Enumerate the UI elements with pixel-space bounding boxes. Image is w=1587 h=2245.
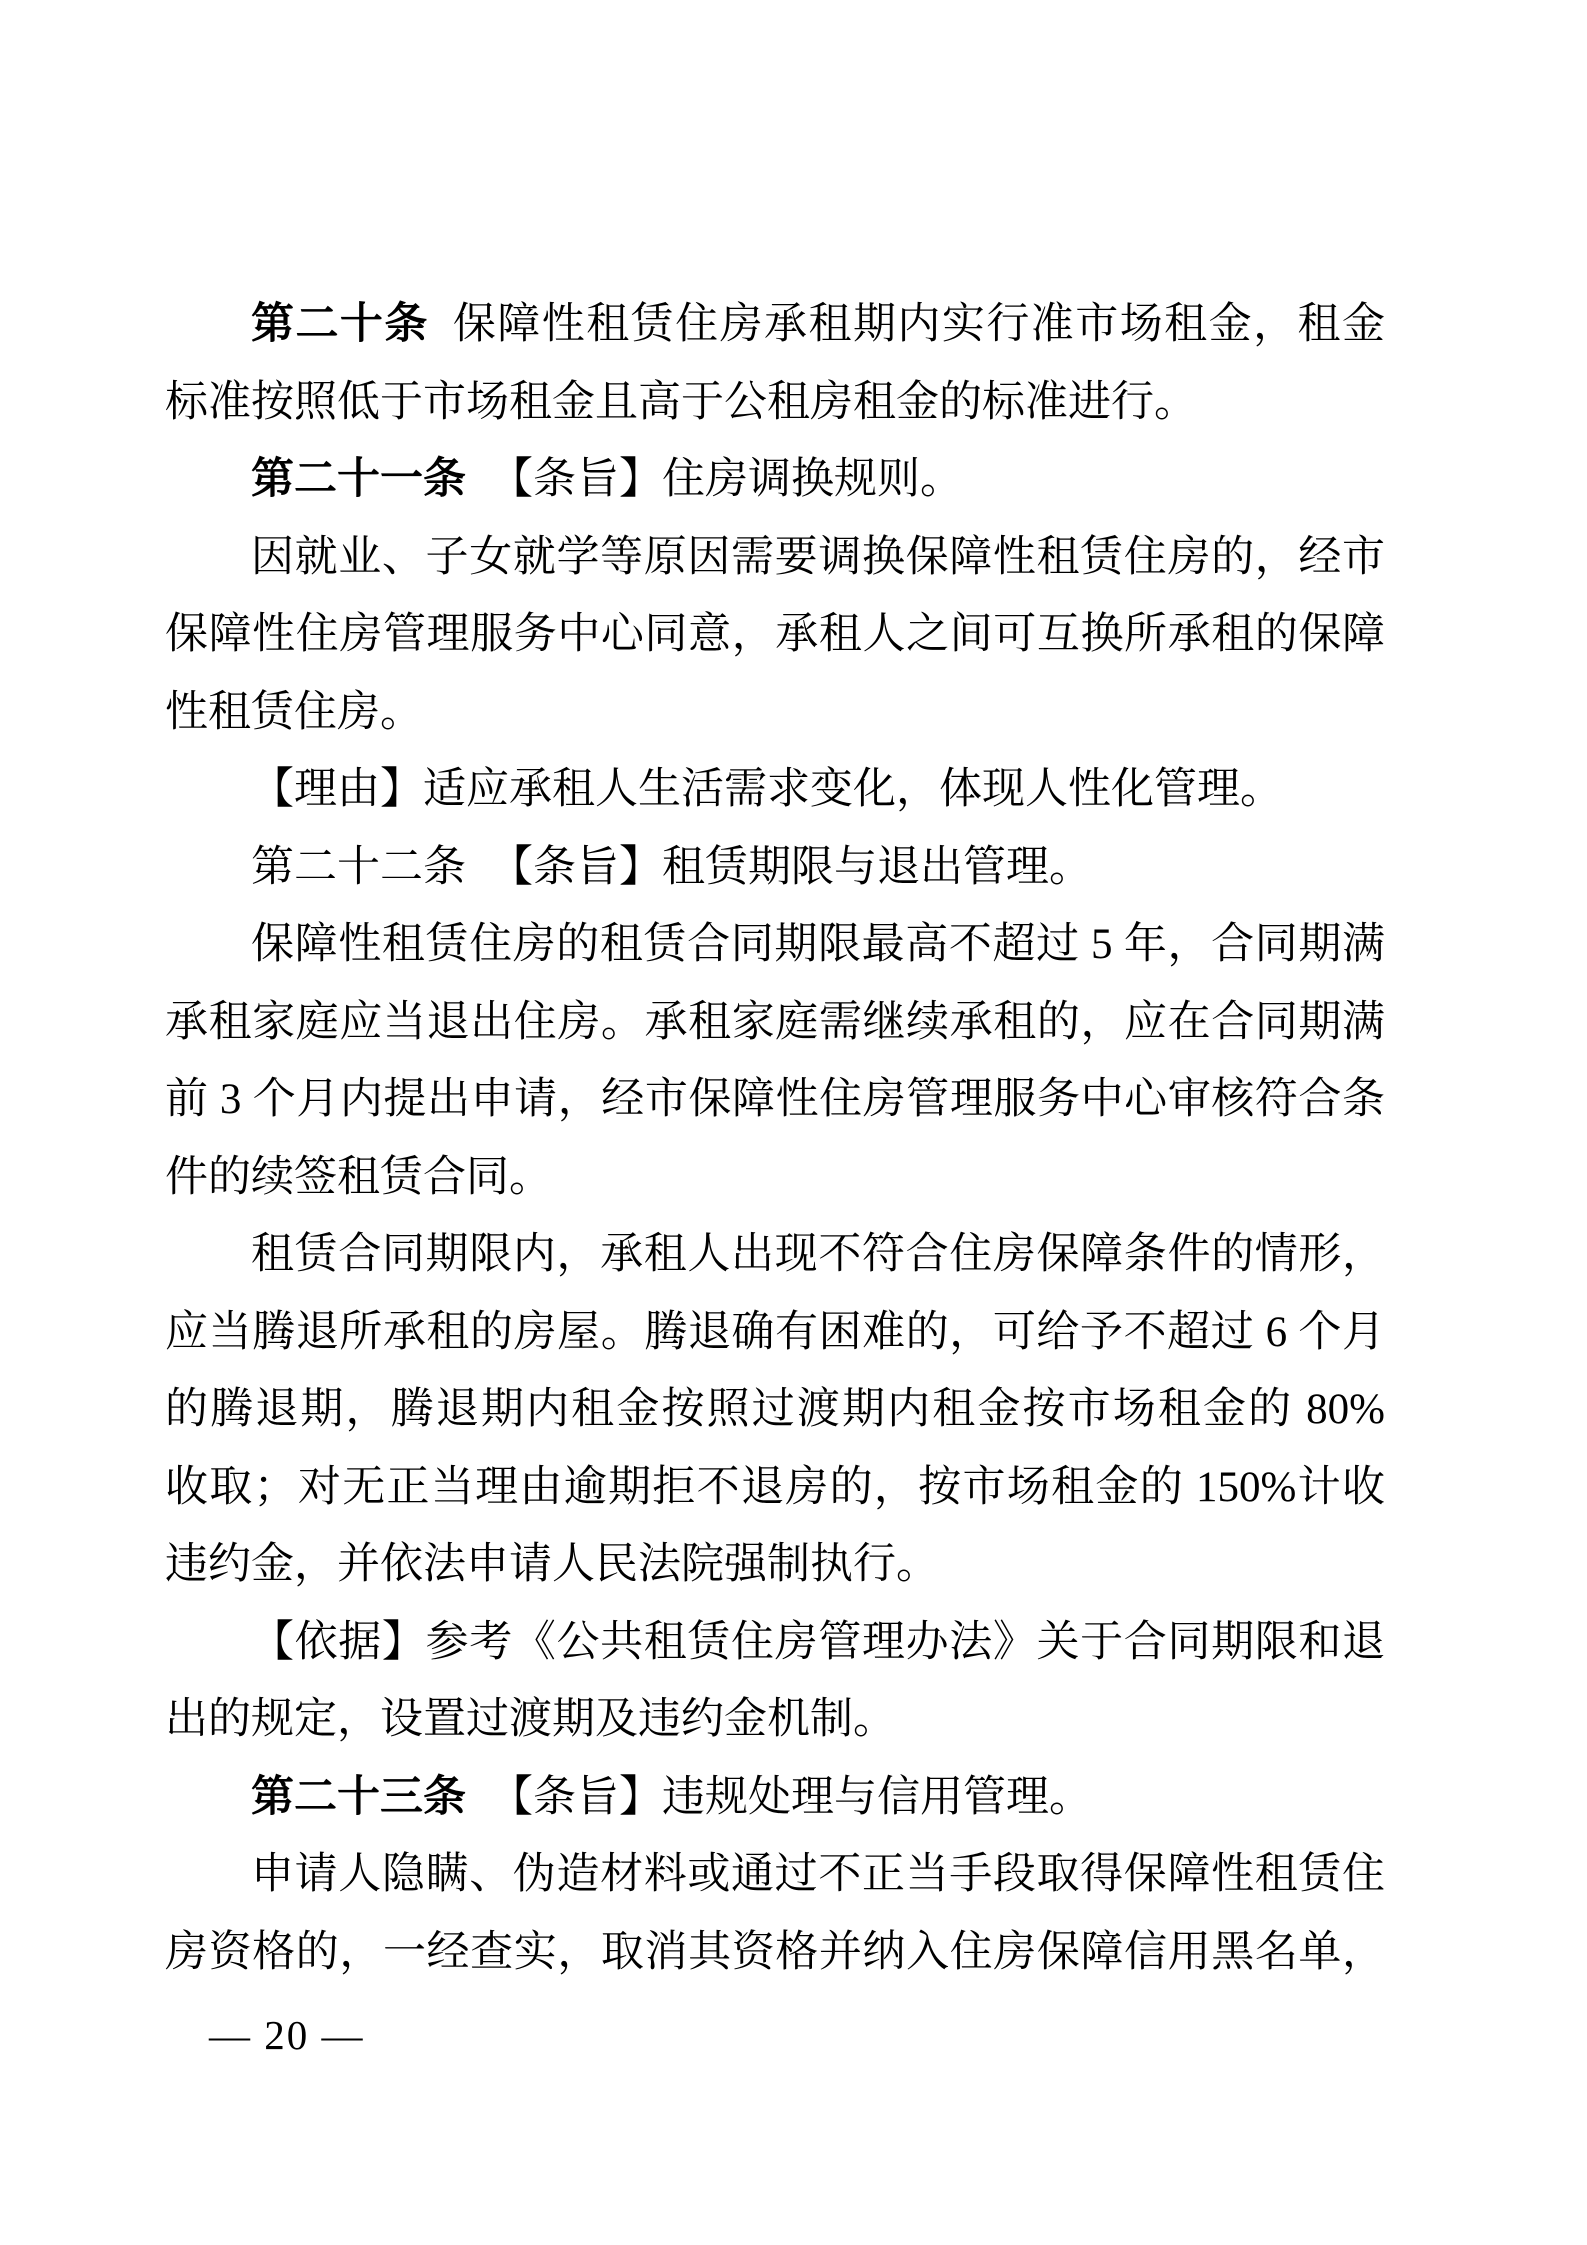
text-line: 承租家庭应当退出住房。承租家庭需继续承租的，应在合同期满: [165, 984, 1385, 1062]
text-line: 的腾退期，腾退期内租金按照过渡期内租金按市场租金的 80%: [165, 1371, 1385, 1449]
text-line: 【理由】适应承租人生活需求变化，体现人性化管理。: [165, 751, 1385, 829]
line-text: 租赁合同期限内，承租人出现不符合住房保障条件的情形，: [251, 1231, 1385, 1278]
text-line: 第二十二条【条旨】租赁期限与退出管理。: [165, 829, 1385, 907]
line-text: 【条旨】违规处理与信用管理。: [490, 1774, 1092, 1821]
line-text: 保障性住房管理服务中心同意，承租人之间可互换所承租的保障: [165, 611, 1385, 658]
article-number: 第二十二条: [251, 844, 466, 891]
text-line: 前 3 个月内提出申请，经市保障性住房管理服务中心审核符合条: [165, 1061, 1385, 1139]
line-text: 承租家庭应当退出住房。承租家庭需继续承租的，应在合同期满: [165, 999, 1385, 1046]
text-line: 房资格的，一经查实，取消其资格并纳入住房保障信用黑名单，: [165, 1914, 1385, 1992]
line-text: 【理由】适应承租人生活需求变化，体现人性化管理。: [251, 766, 1283, 813]
text-line: 第二十三条【条旨】违规处理与信用管理。: [165, 1759, 1385, 1837]
line-text: 申请人隐瞒、伪造材料或通过不正当手段取得保障性租赁住: [251, 1851, 1385, 1898]
text-line: 出的规定，设置过渡期及违约金机制。: [165, 1681, 1385, 1759]
line-text: 【条旨】租赁期限与退出管理。: [490, 844, 1092, 891]
text-line: 标准按照低于市场租金且高于公租房租金的标准进行。: [165, 364, 1385, 442]
text-line: 违约金，并依法申请人民法院强制执行。: [165, 1526, 1385, 1604]
text-line: 租赁合同期限内，承租人出现不符合住房保障条件的情形，: [165, 1216, 1385, 1294]
page-number: — 20 —: [209, 1997, 365, 2074]
line-text: 保障性租赁住房的租赁合同期限最高不超过 5 年，合同期满: [251, 921, 1385, 968]
line-text: 房资格的，一经查实，取消其资格并纳入住房保障信用黑名单，: [165, 1929, 1385, 1976]
text-line: 【依据】参考《公共租赁住房管理办法》关于合同期限和退: [165, 1604, 1385, 1682]
line-text: 【条旨】住房调换规则。: [490, 456, 963, 503]
text-line: 保障性住房管理服务中心同意，承租人之间可互换所承租的保障: [165, 596, 1385, 674]
line-text: 违约金，并依法申请人民法院强制执行。: [165, 1541, 939, 1588]
text-line: 第二十条保障性租赁住房承租期内实行准市场租金，租金: [165, 286, 1385, 364]
text-line: 件的续签租赁合同。: [165, 1139, 1385, 1217]
line-text: 应当腾退所承租的房屋。腾退确有困难的，可给予不超过 6 个月: [165, 1309, 1385, 1356]
line-text: 收取；对无正当理由逾期拒不退房的，按市场租金的 150%计收: [165, 1464, 1385, 1511]
line-text: 标准按照低于市场租金且高于公租房租金的标准进行。: [165, 379, 1197, 426]
document-body: 第二十条保障性租赁住房承租期内实行准市场租金，租金 标准按照低于市场租金且高于公…: [165, 286, 1385, 1991]
text-line: 申请人隐瞒、伪造材料或通过不正当手段取得保障性租赁住: [165, 1836, 1385, 1914]
line-text: 的腾退期，腾退期内租金按照过渡期内租金按市场租金的 80%: [165, 1386, 1385, 1433]
line-text: 前 3 个月内提出申请，经市保障性住房管理服务中心审核符合条: [165, 1076, 1385, 1123]
line-text: 性租赁住房。: [165, 689, 423, 736]
article-number: 第二十一条: [251, 455, 466, 503]
text-line: 保障性租赁住房的租赁合同期限最高不超过 5 年，合同期满: [165, 906, 1385, 984]
line-text: 因就业、子女就学等原因需要调换保障性租赁住房的，经市: [251, 534, 1385, 581]
line-text: 【依据】参考《公共租赁住房管理办法》关于合同期限和退: [251, 1619, 1385, 1666]
line-text: 件的续签租赁合同。: [165, 1154, 552, 1201]
document-page: 第二十条保障性租赁住房承租期内实行准市场租金，租金 标准按照低于市场租金且高于公…: [0, 0, 1587, 2245]
text-line: 因就业、子女就学等原因需要调换保障性租赁住房的，经市: [165, 519, 1385, 597]
line-text: 出的规定，设置过渡期及违约金机制。: [165, 1696, 896, 1743]
text-line: 第二十一条【条旨】住房调换规则。: [165, 441, 1385, 519]
line-text: 保障性租赁住房承租期内实行准市场租金，租金: [453, 301, 1385, 348]
text-line: 收取；对无正当理由逾期拒不退房的，按市场租金的 150%计收: [165, 1449, 1385, 1527]
article-number: 第二十条: [251, 300, 429, 348]
text-line: 应当腾退所承租的房屋。腾退确有困难的，可给予不超过 6 个月: [165, 1294, 1385, 1372]
text-line: 性租赁住房。: [165, 674, 1385, 752]
article-number: 第二十三条: [251, 1773, 466, 1821]
